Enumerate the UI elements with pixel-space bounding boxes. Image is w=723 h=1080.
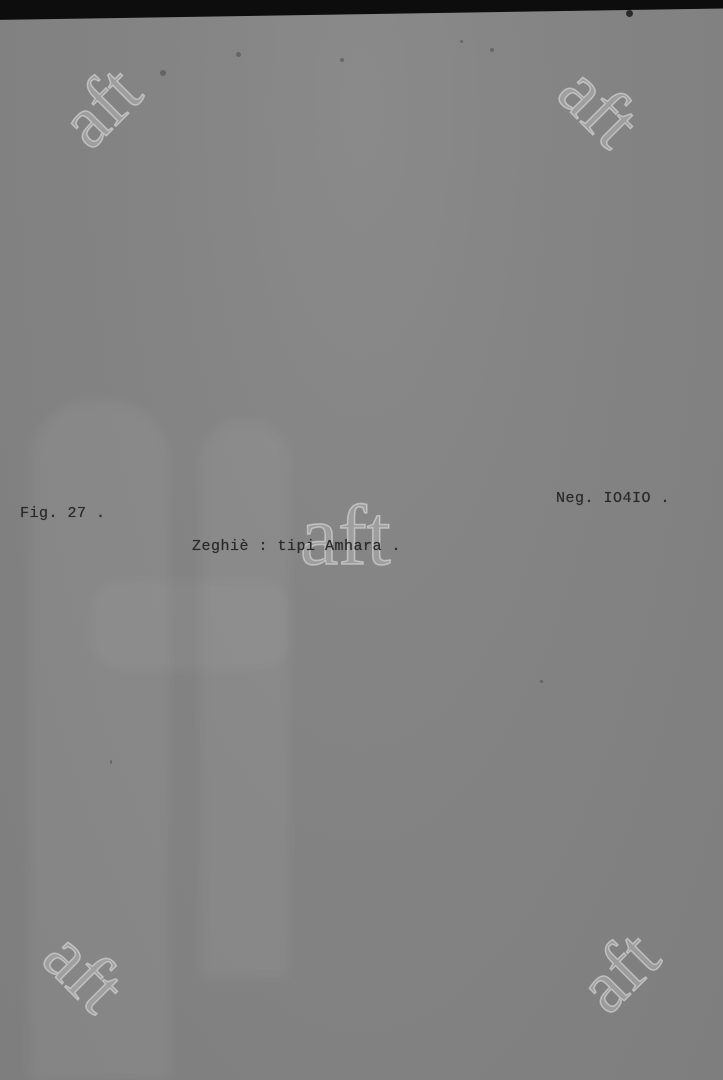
caption: Zeghiè : tipi Amhara .: [192, 538, 401, 555]
dust-speck: [460, 40, 463, 43]
watermark: aft: [300, 492, 391, 578]
scanner-top-edge: [0, 0, 723, 20]
dust-speck: [236, 52, 241, 57]
dust-speck: [626, 10, 633, 17]
watermark: aft: [47, 53, 155, 161]
dust-speck: [110, 760, 112, 764]
watermark: aft: [565, 918, 673, 1026]
scanned-card: aft aft aft aft aft Fig. 27 . Neg. IO4IO…: [0, 0, 723, 1080]
dust-speck: [540, 680, 543, 683]
dust-speck: [160, 70, 166, 76]
watermark: aft: [545, 53, 653, 161]
dust-speck: [340, 58, 344, 62]
figure-label: Fig. 27 .: [20, 505, 106, 522]
negative-number: Neg. IO4IO .: [556, 490, 670, 507]
bleed-through-figure: [200, 420, 290, 980]
bleed-through-figure: [90, 580, 290, 670]
dust-speck: [490, 48, 494, 52]
